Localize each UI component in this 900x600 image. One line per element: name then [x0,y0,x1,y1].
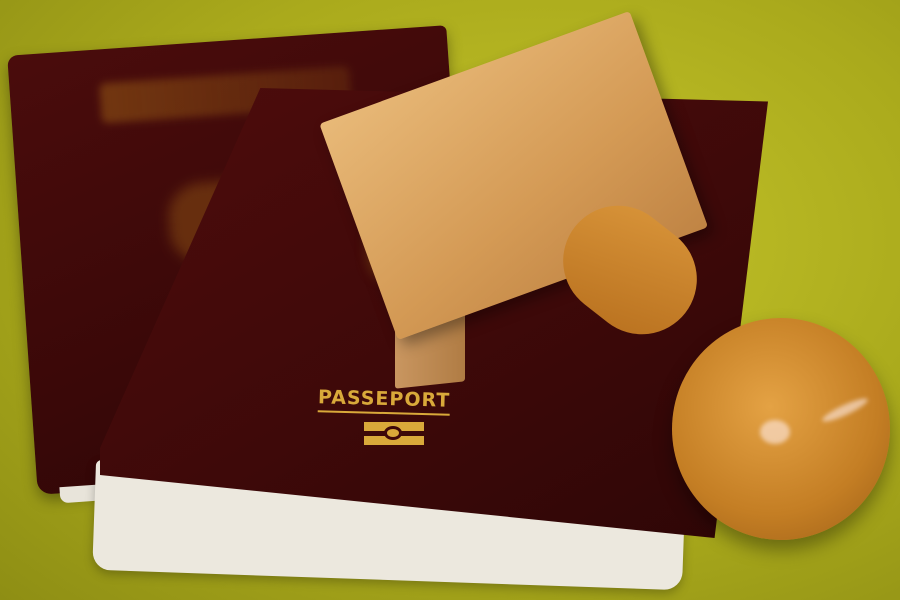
passport-label: PASSEPORT [318,386,451,415]
light-reflection [760,420,790,444]
photo-scene: PASSEPORT [0,0,900,600]
biometric-chip-icon [364,422,424,446]
